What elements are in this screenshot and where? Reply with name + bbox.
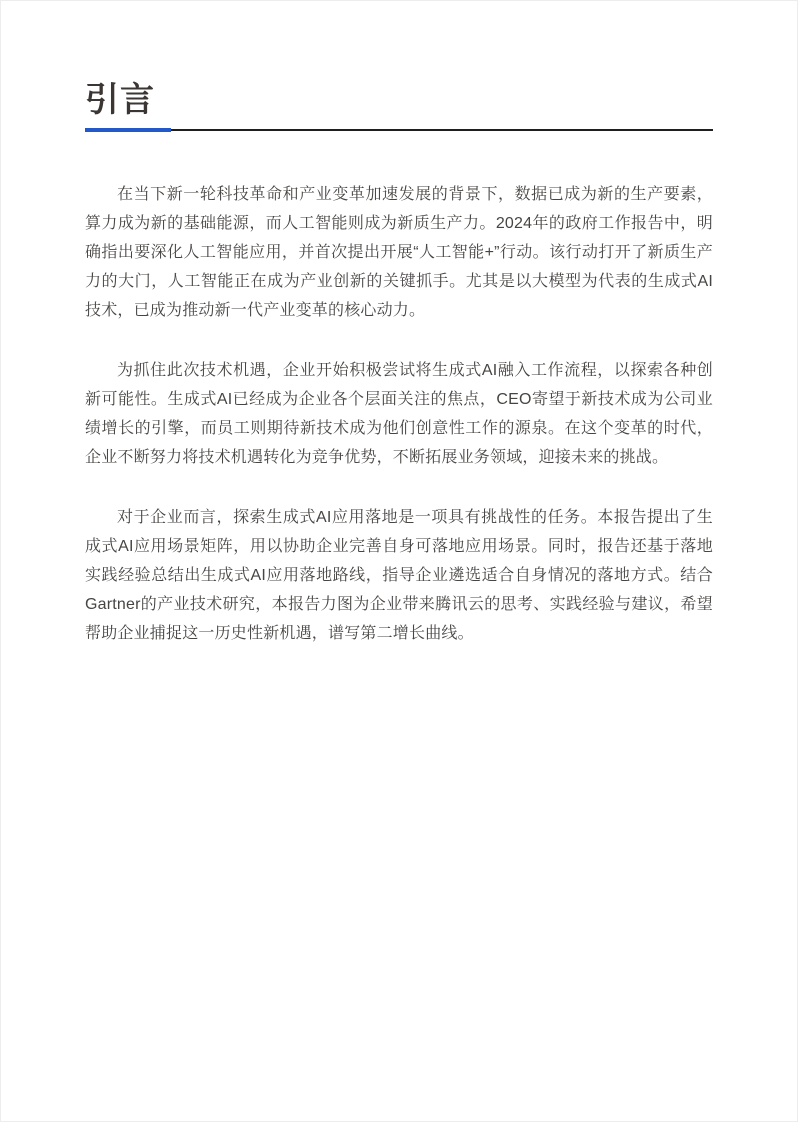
document-page: 引言 在当下新一轮科技革命和产业变革加速发展的背景下，数据已成为新的生产要素，算… [0,0,798,1122]
section-title: 引言 [85,82,713,118]
intro-paragraph-2: 为抓住此次技术机遇，企业开始积极尝试将生成式AI融入工作流程，以探索各种创新可能… [85,356,713,472]
divider-rule-line [171,129,713,131]
body-text-block: 在当下新一轮科技革命和产业变革加速发展的背景下，数据已成为新的生产要素，算力成为… [85,180,713,648]
intro-paragraph-1: 在当下新一轮科技革命和产业变革加速发展的背景下，数据已成为新的生产要素，算力成为… [85,180,713,325]
title-divider [85,128,713,132]
divider-accent-bar [85,128,171,132]
intro-paragraph-3: 对于企业而言，探索生成式AI应用落地是一项具有挑战性的任务。本报告提出了生成式A… [85,503,713,648]
